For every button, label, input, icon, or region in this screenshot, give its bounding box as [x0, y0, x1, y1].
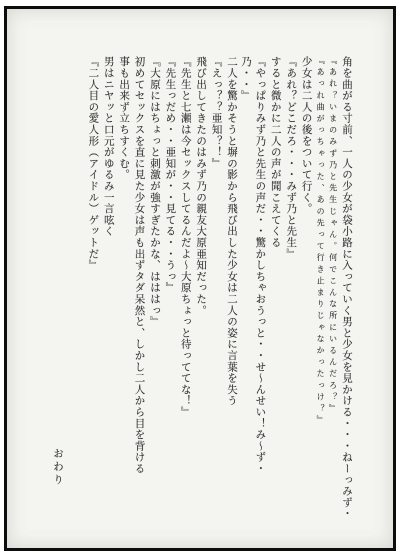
text-column: 少女は二人の後をついて行く。: [298, 56, 313, 506]
text-column: 飛び出してきたのはみず乃の親友大原亜知だった。: [193, 56, 208, 506]
text-column: 角を曲がる寸前、一人の少女が袋小路に入っていく男と少女を見かける・・・ねーっみず…: [339, 56, 354, 506]
text-column: すると微かに二人の声が聞こえてくる: [267, 56, 282, 506]
text-column: 『先生っだめ・・亜知が・・見てる・・うっ』: [162, 56, 177, 506]
text-column: 『先生と七瀬は今セックスしてるんだよ～大原ちょっと待っててな！』: [177, 56, 192, 506]
ending-label: おわり: [50, 448, 65, 487]
text-column: 『大原にはちょっと刺激が強すぎたかな、はははっ』: [147, 56, 162, 506]
text-column: 『二人目の愛人形（アイドル）ゲットだ』: [85, 56, 100, 506]
scanned-page: 角を曲がる寸前、一人の少女が袋小路に入っていく男と少女を見かける・・・ねーっみず…: [0, 0, 400, 558]
text-block: 角を曲がる寸前、一人の少女が袋小路に入っていく男と少女を見かける・・・ねーっみず…: [85, 56, 354, 506]
dialogue-line: 『あれ？いまのみず乃と先生じゃん。何でこんな所にいるんだろ？』: [326, 56, 339, 506]
dialogue-line: 『あっれ曲がっちゃった、あの先って行き止まりじゃなかったっけ？』: [314, 56, 327, 506]
text-column: 『えっ？？亜知？！』: [208, 56, 223, 506]
text-column: 男はニヤッと口元がゆるみ一言呟く: [100, 56, 115, 506]
text-column: 事も出来ず立ちすくむ。: [116, 56, 131, 506]
text-column: 乃・・』: [239, 56, 252, 506]
dialogue-column: 『あれ？いまのみず乃と先生じゃん。何でこんな所にいるんだろ？』『あっれ曲がっちゃ…: [314, 56, 339, 506]
text-column: 『あれ？どこだろ・・・みず乃と先生』: [283, 56, 298, 506]
text-column: 二人を驚かそうと塀の影から飛び出した少女は二人の姿に言葉を失う: [224, 56, 239, 506]
text-column: 初めてセックスを直に見た少女は声も出ずタダ呆然と、しかし二人から目を背ける: [131, 56, 146, 506]
text-column: 『やっぱりみず乃と先生の声だ・・驚かしちゃおうっと・・せ～んせい！み～ず・: [252, 56, 267, 506]
